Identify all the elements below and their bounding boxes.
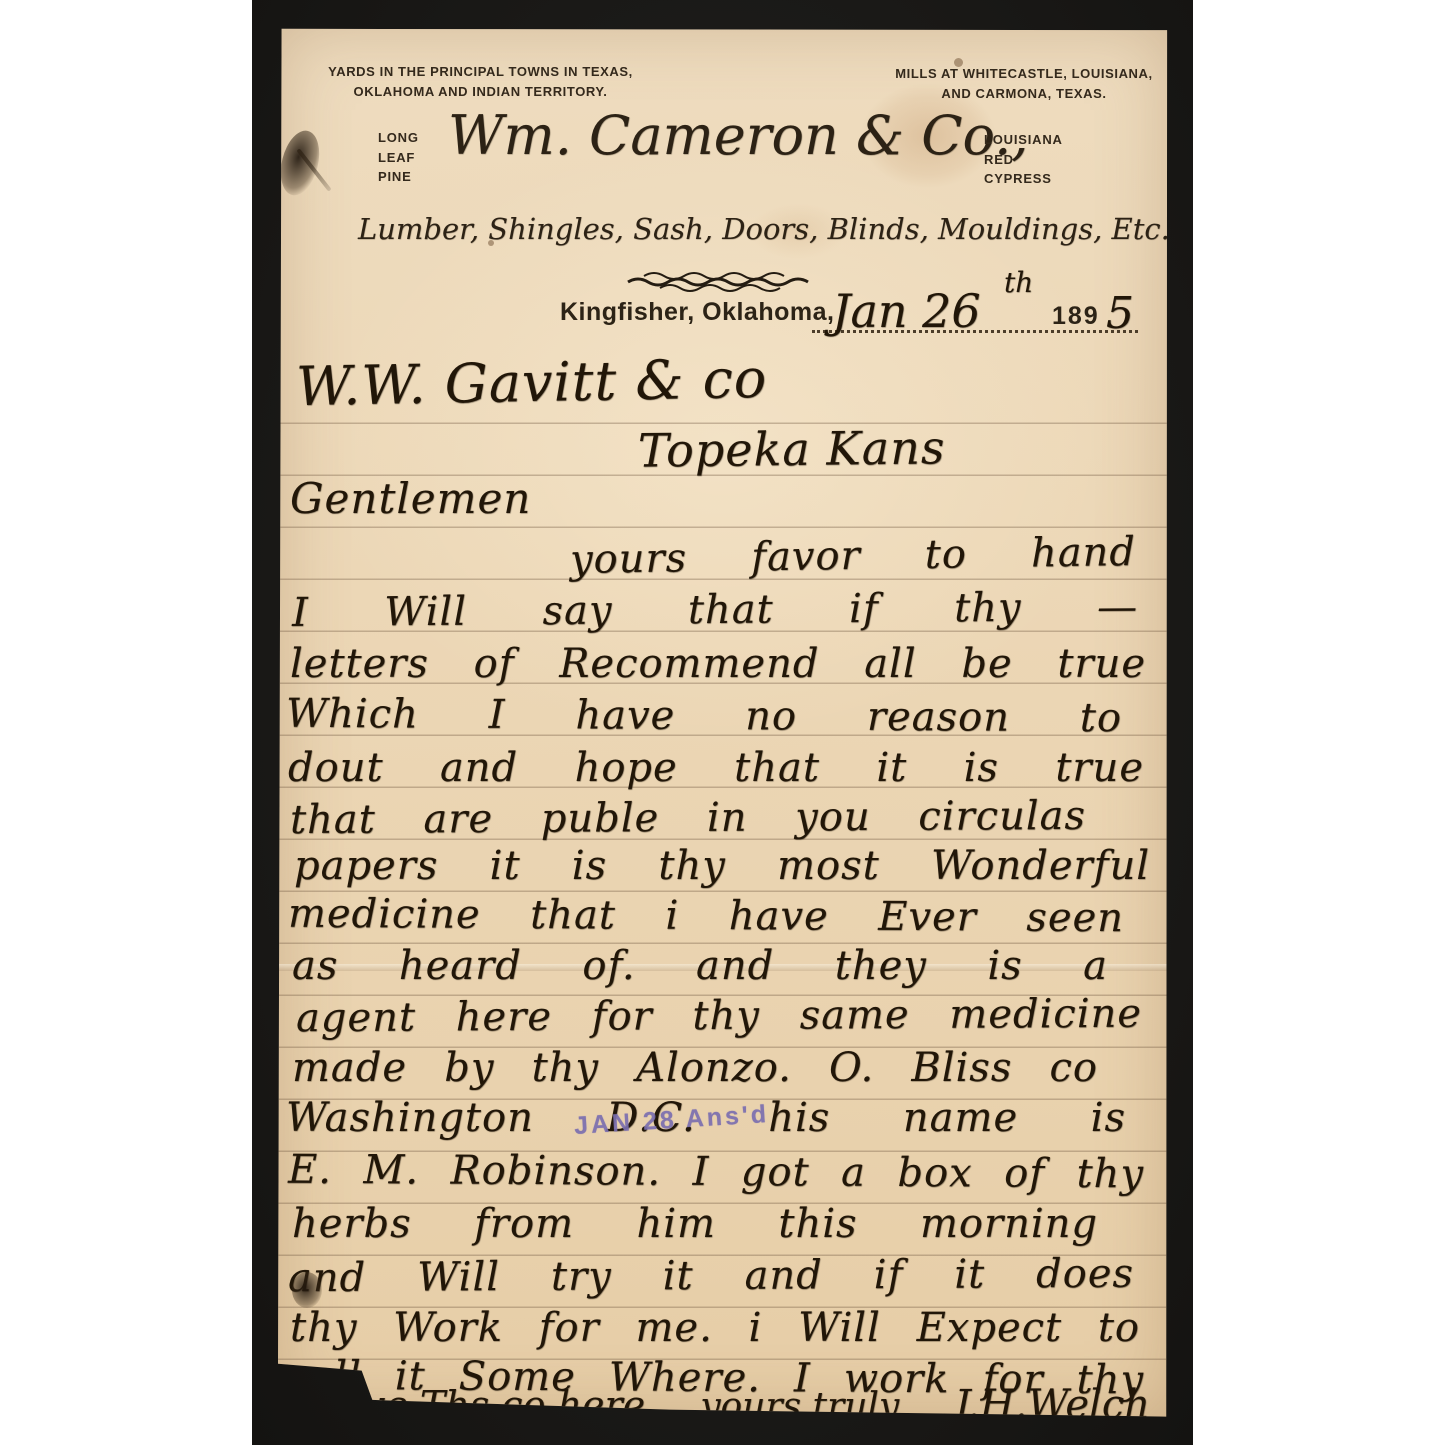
body-line-14: herbs from him this morning (292, 1204, 1098, 1244)
mills-note-line1: MILLS AT WHITECASTLE, LOUISIANA, (874, 64, 1174, 84)
body-line-4: Which I have no reason to (286, 694, 1122, 738)
recipient-line: W.W. Gavitt & co (296, 352, 768, 414)
body-line-16: thy Work for me. i Will Expect to (290, 1308, 1140, 1348)
signature: J.H.Welch (954, 1382, 1150, 1428)
ink-blot (292, 1272, 322, 1308)
body-line-6: that are puble in you circulas (290, 796, 1086, 840)
yards-note-line2: OKLAHOMA AND INDIAN TERRITORY. (308, 82, 653, 102)
body-line-9: as heard of. and they is a (292, 946, 1108, 986)
body-line-15: and Will try it and if it does (288, 1254, 1134, 1298)
photo-black-background: YARDS IN THE PRINCIPAL TOWNS IN TEXAS, O… (252, 0, 1193, 1445)
letterhead-left-product: LONG LEAF PINE (378, 128, 419, 187)
body-line-10: agent here for thy same medicine (296, 994, 1142, 1038)
body-line-1: yours favor to hand (570, 532, 1137, 580)
body-line-11: made by thy Alonzo. O. Bliss co (292, 1048, 1098, 1088)
handwritten-year-digit: 5 (1106, 288, 1134, 339)
letter-paper: YARDS IN THE PRINCIPAL TOWNS IN TEXAS, O… (278, 26, 1168, 1418)
flourish-squiggle (626, 268, 826, 296)
handwritten-date: Jan 26 (832, 284, 981, 338)
mills-note-line2: AND CARMONA, TEXAS. (874, 84, 1174, 104)
printed-year: 189 (1052, 302, 1100, 331)
yards-note-line1: YARDS IN THE PRINCIPAL TOWNS IN TEXAS, (308, 62, 653, 82)
body-line-8: medicine that i have Ever seen (288, 894, 1124, 938)
salutation: Gentlemen (290, 478, 531, 520)
body-line-2: I Will say that if thy — (292, 587, 1138, 633)
place-line: Kingfisher, Oklahoma, (560, 298, 834, 327)
body-line-7: papers it is thy most Wonderful (294, 846, 1150, 886)
paper-speck (954, 58, 963, 67)
recipient-city-line: Topeka Kans (638, 424, 946, 473)
right-product-line2: RED (984, 150, 1063, 170)
left-product-line1: LONG (378, 128, 419, 148)
body-line-13: E. M. Robinson. I got a box of thy (288, 1150, 1144, 1194)
ink-smudge (275, 127, 326, 200)
body-line-5: dout and hope that it is true (288, 748, 1144, 788)
body-line-18: above Ths co here (294, 1383, 645, 1427)
letterhead-right-product: LOUISIANA RED CYPRESS (984, 130, 1063, 189)
right-product-line3: CYPRESS (984, 169, 1063, 189)
handwritten-date-ordinal: th (1004, 266, 1033, 299)
letterhead-mills-note: MILLS AT WHITECASTLE, LOUISIANA, AND CAR… (874, 64, 1174, 104)
left-product-line3: PINE (378, 167, 419, 187)
right-product-line1: LOUISIANA (984, 130, 1063, 150)
closing: yours truly (700, 1386, 899, 1427)
body-line-3: letters of Recommend all be true (290, 644, 1146, 684)
paper-speck (488, 240, 494, 246)
letterhead-yards-note: YARDS IN THE PRINCIPAL TOWNS IN TEXAS, O… (308, 62, 653, 102)
left-product-line2: LEAF (378, 148, 419, 168)
products-line: Lumber, Shingles, Sash, Doors, Blinds, M… (358, 212, 1088, 246)
signature-row: above Ths co here yours truly J.H.Welch (294, 1382, 1150, 1428)
scanned-letter-page: YARDS IN THE PRINCIPAL TOWNS IN TEXAS, O… (0, 0, 1445, 1445)
company-name: Wm. Cameron & Co., (448, 104, 968, 167)
